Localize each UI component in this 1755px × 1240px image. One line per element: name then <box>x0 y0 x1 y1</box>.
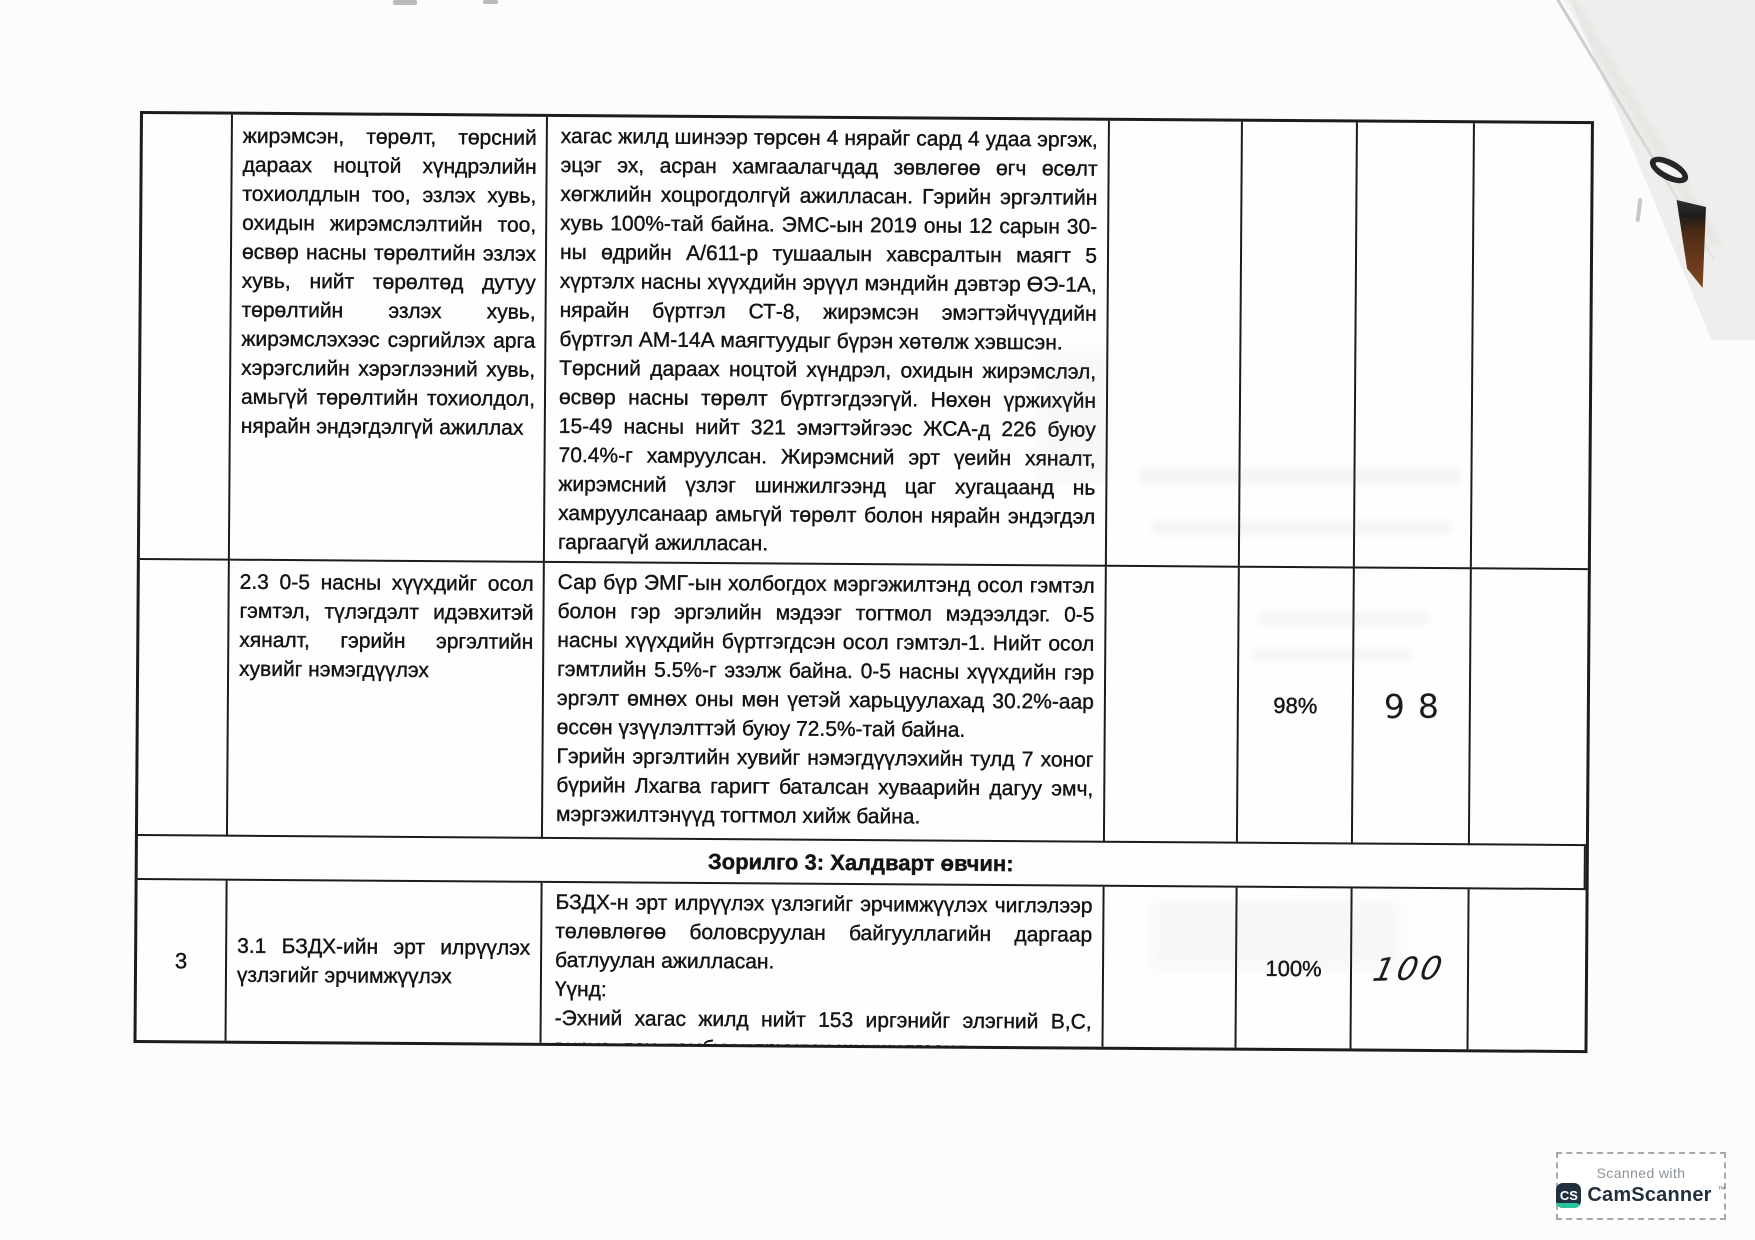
row31-result-paragraph-1: БЗДХ-н эрт илрүүлэх үзлэгийг эрчимжүүлэх… <box>555 888 1093 979</box>
row23-criteria-cell <box>1105 567 1240 844</box>
camscanner-brand-row: CS CamScanner ™ <box>1556 1183 1725 1208</box>
scan-speck <box>393 0 417 5</box>
scan-smudge <box>1636 198 1643 222</box>
row22-criteria-cell <box>1107 121 1243 568</box>
row22-result: хагас жилд шинээр төрсөн 4 нярайг сард 4… <box>545 117 1110 567</box>
bleedthrough-ghost <box>1038 352 1108 482</box>
row23-result-paragraph-2: Гэрийн эргэлтийн хувийг нэмэгдүүлэхийн т… <box>556 742 1094 833</box>
row23-objective: 2.3 0-5 насны хүүхдийг осол гэмтэл, түлэ… <box>228 561 545 839</box>
row23-num-cell <box>138 560 230 837</box>
bleedthrough-ghost <box>1140 468 1460 484</box>
bleedthrough-ghost <box>1252 648 1412 661</box>
row31-extra-cell <box>1468 889 1585 1050</box>
row22-num-cell <box>140 114 233 561</box>
row31-goal-number: 3 <box>137 880 228 1041</box>
row22-result-paragraph-2: Төрсний дараах ноцтой хүндрэл, охидын жи… <box>558 354 1096 561</box>
scanned-with-label: Scanned with <box>1597 1165 1686 1181</box>
row23-extra-cell <box>1470 569 1588 846</box>
scan-speck <box>483 0 498 4</box>
handwritten-score-98: 98 <box>1371 691 1451 721</box>
bleedthrough-ghost <box>1152 520 1452 535</box>
camscanner-brand-name: CamScanner <box>1587 1184 1711 1207</box>
row31-result-paragraph-3: -Эхний хагас жилд нийт 153 иргэнийг элэг… <box>554 1004 1091 1047</box>
camscanner-logo-icon: CS <box>1556 1183 1581 1208</box>
row22-objective: жирэмсэн, төрөлт, төрсний дараах ноцтой … <box>230 115 548 563</box>
row23-result-paragraph-1: Сар бүр ЭМГ-ын холбогдох мэргэжилтэнд ос… <box>557 568 1095 746</box>
camscanner-badge: Scanned with CS CamScanner ™ <box>1556 1152 1726 1220</box>
row31-objective: 3.1 БЗДХ-ийн эрт илрүүлэх үзлэгийг эрчим… <box>227 881 543 1043</box>
bleedthrough-ghost <box>1258 612 1428 625</box>
row22-plan-cell <box>1240 122 1358 569</box>
row31-result-paragraph-2: Үүнд: <box>555 975 1092 1008</box>
row23-result: Сар бүр ЭМГ-ын холбогдох мэргэжилтэнд ос… <box>543 563 1107 843</box>
bleedthrough-ghost <box>1150 900 1400 970</box>
trademark-symbol: ™ <box>1718 1185 1726 1194</box>
row23-handwritten-score-cell: 98 <box>1353 568 1472 845</box>
row22-score-cell <box>1355 123 1475 570</box>
row22-result-paragraph-1: хагас жилд шинээр төрсөн 4 нярайг сард 4… <box>559 122 1098 358</box>
row22-extra-cell <box>1472 123 1591 570</box>
row23-plan-percent: 98% <box>1238 568 1355 845</box>
row31-result: БЗДХ-н эрт илрүүлэх үзлэгийг эрчимжүүлэх… <box>542 883 1105 1047</box>
